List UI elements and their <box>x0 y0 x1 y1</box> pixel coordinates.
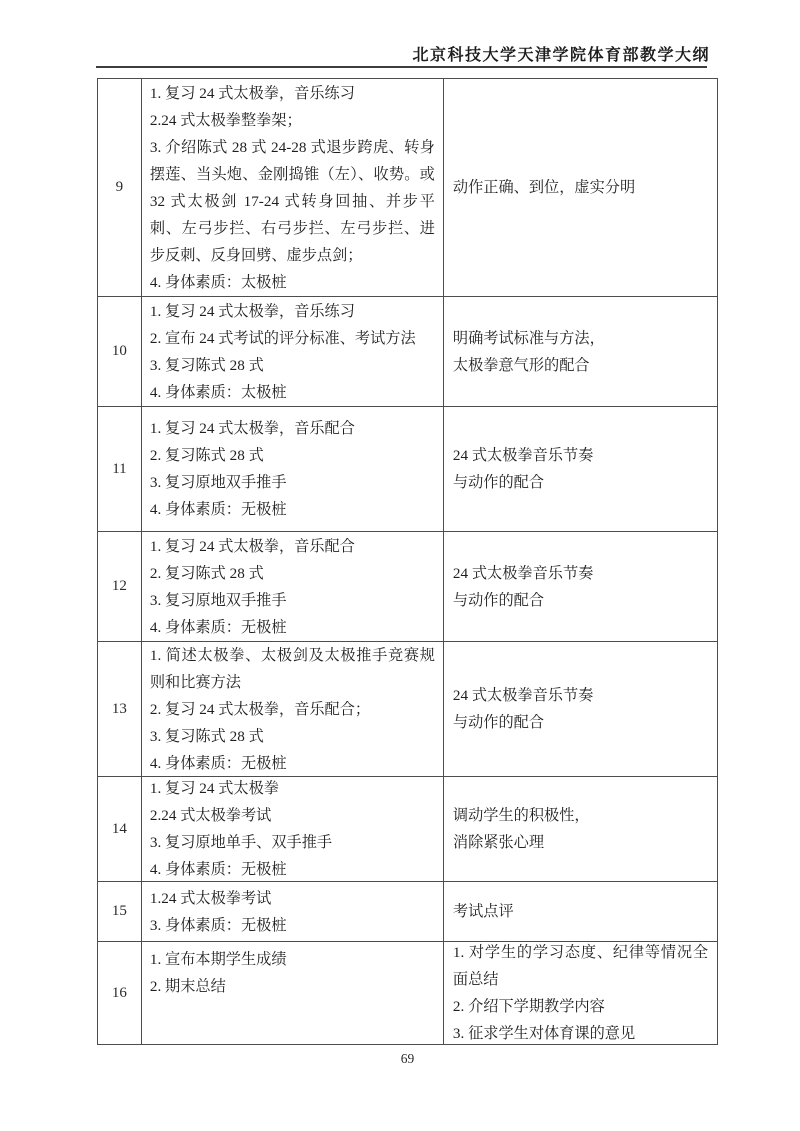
text-line: 4. 身体素质：太极桩 <box>150 269 435 296</box>
text-line: 3. 复习陈式 28 式 <box>150 723 435 750</box>
text-line: 2. 复习 24 式太极拳，音乐配合； <box>150 696 435 723</box>
row-content-cell: 1. 复习 24 式太极拳，音乐练习2.24 式太极拳整拳架；3. 介绍陈式 2… <box>141 79 443 296</box>
text-line: 与动作的配合 <box>453 469 708 496</box>
table-row-week-12: 12 1. 复习 24 式太极拳，音乐配合2. 复习陈式 28 式3. 复习原地… <box>98 531 717 641</box>
text-line: 3. 复习原地双手推手 <box>150 469 435 496</box>
text-line: 2. 复习陈式 28 式 <box>150 560 435 587</box>
row-number: 16 <box>98 942 141 1044</box>
header-rule <box>96 66 707 68</box>
row-content-cell: 1.24 式太极拳考试3. 身体素质：无极桩 <box>141 882 443 941</box>
row-notes-cell: 1. 对学生的学习态度、纪律等情况全面总结2. 介绍下学期教学内容3. 征求学生… <box>443 942 717 1044</box>
text-line: 调动学生的积极性， <box>453 802 708 829</box>
row-number: 11 <box>98 407 141 531</box>
text-line: 消除紧张心理 <box>453 829 708 856</box>
text-line: 与动作的配合 <box>453 587 708 614</box>
row-number: 15 <box>98 882 141 941</box>
text-line: 4. 身体素质：无极桩 <box>150 614 435 641</box>
syllabus-table: 9 1. 复习 24 式太极拳，音乐练习2.24 式太极拳整拳架；3. 介绍陈式… <box>97 78 718 1045</box>
text-line: 2.24 式太极拳考试 <box>150 802 435 829</box>
row-notes-cell: 24 式太极拳音乐节奏与动作的配合 <box>443 532 717 641</box>
row-number: 14 <box>98 777 141 881</box>
text-line: 24 式太极拳音乐节奏 <box>453 560 708 587</box>
table-row-week-10: 10 1. 复习 24 式太极拳，音乐练习2. 宣布 24 式考试的评分标准、考… <box>98 296 717 406</box>
row-notes-cell: 24 式太极拳音乐节奏与动作的配合 <box>443 407 717 531</box>
row-number: 12 <box>98 532 141 641</box>
table-row-week-15: 15 1.24 式太极拳考试3. 身体素质：无极桩 考试点评 <box>98 881 717 941</box>
row-content-cell: 1. 复习 24 式太极拳，音乐配合2. 复习陈式 28 式3. 复习原地双手推… <box>141 407 443 531</box>
text-line: 1. 复习 24 式太极拳 <box>150 777 435 802</box>
text-line: 3. 介绍陈式 28 式 24-28 式退步跨虎、转身摆莲、当头炮、金刚捣锥（左… <box>150 134 435 269</box>
text-line: 2. 复习陈式 28 式 <box>150 442 435 469</box>
text-line: 1. 复习 24 式太极拳，音乐练习 <box>150 80 435 107</box>
text-line: 3. 征求学生对体育课的意见 <box>453 1020 708 1044</box>
text-line: 3. 复习原地单手、双手推手 <box>150 829 435 856</box>
text-line: 1. 宣布本期学生成绩 <box>150 946 435 973</box>
row-number: 9 <box>98 79 141 296</box>
text-line: 与动作的配合 <box>453 709 708 736</box>
text-line: 2.24 式太极拳整拳架； <box>150 107 435 134</box>
text-line: 动作正确、到位，虚实分明 <box>453 174 708 201</box>
text-line: 2. 宣布 24 式考试的评分标准、考试方法 <box>150 325 435 352</box>
document-page: 北京科技大学天津学院体育部教学大纲 9 1. 复习 24 式太极拳，音乐练习2.… <box>0 0 800 1131</box>
text-line: 1. 对学生的学习态度、纪律等情况全面总结 <box>453 942 708 993</box>
table-row-week-14: 14 1. 复习 24 式太极拳2.24 式太极拳考试3. 复习原地单手、双手推… <box>98 776 717 881</box>
table-row-week-16: 16 1. 宣布本期学生成绩2. 期末总结 1. 对学生的学习态度、纪律等情况全… <box>98 941 717 1044</box>
row-notes-cell: 明确考试标准与方法，太极拳意气形的配合 <box>443 297 717 406</box>
row-content-cell: 1. 宣布本期学生成绩2. 期末总结 <box>141 942 443 1044</box>
text-line: 4. 身体素质：太极桩 <box>150 379 435 406</box>
row-content-cell: 1. 复习 24 式太极拳，音乐练习2. 宣布 24 式考试的评分标准、考试方法… <box>141 297 443 406</box>
row-content-cell: 1. 复习 24 式太极拳2.24 式太极拳考试3. 复习原地单手、双手推手4.… <box>141 777 443 881</box>
text-line: 1. 复习 24 式太极拳，音乐配合 <box>150 415 435 442</box>
text-line: 3. 身体素质：无极桩 <box>150 912 435 939</box>
text-line: 1. 简述太极拳、太极剑及太极推手竞赛规则和比赛方法 <box>150 642 435 696</box>
page-number: 69 <box>97 1051 718 1067</box>
text-line: 2. 期末总结 <box>150 973 435 1000</box>
row-notes-cell: 24 式太极拳音乐节奏与动作的配合 <box>443 642 717 776</box>
text-line: 4. 身体素质：无极桩 <box>150 750 435 777</box>
document-header-title: 北京科技大学天津学院体育部教学大纲 <box>412 47 710 65</box>
text-line: 1. 复习 24 式太极拳，音乐练习 <box>150 298 435 325</box>
text-line: 24 式太极拳音乐节奏 <box>453 442 708 469</box>
text-line: 3. 复习原地双手推手 <box>150 587 435 614</box>
text-line: 24 式太极拳音乐节奏 <box>453 682 708 709</box>
row-notes-cell: 考试点评 <box>443 882 717 941</box>
row-number: 13 <box>98 642 141 776</box>
row-notes-cell: 调动学生的积极性，消除紧张心理 <box>443 777 717 881</box>
text-line: 4. 身体素质：无极桩 <box>150 496 435 523</box>
text-line: 2. 介绍下学期教学内容 <box>453 993 708 1020</box>
text-line: 1.24 式太极拳考试 <box>150 885 435 912</box>
table-row-week-13: 13 1. 简述太极拳、太极剑及太极推手竞赛规则和比赛方法2. 复习 24 式太… <box>98 641 717 776</box>
text-line: 3. 复习陈式 28 式 <box>150 352 435 379</box>
text-line: 太极拳意气形的配合 <box>453 352 708 379</box>
text-line: 4. 身体素质：无极桩 <box>150 856 435 881</box>
row-content-cell: 1. 简述太极拳、太极剑及太极推手竞赛规则和比赛方法2. 复习 24 式太极拳，… <box>141 642 443 776</box>
row-notes-cell: 动作正确、到位，虚实分明 <box>443 79 717 296</box>
text-line: 明确考试标准与方法， <box>453 325 708 352</box>
table-row-week-9: 9 1. 复习 24 式太极拳，音乐练习2.24 式太极拳整拳架；3. 介绍陈式… <box>98 79 717 296</box>
text-line: 考试点评 <box>453 898 708 925</box>
table-row-week-11: 11 1. 复习 24 式太极拳，音乐配合2. 复习陈式 28 式3. 复习原地… <box>98 406 717 531</box>
row-number: 10 <box>98 297 141 406</box>
row-content-cell: 1. 复习 24 式太极拳，音乐配合2. 复习陈式 28 式3. 复习原地双手推… <box>141 532 443 641</box>
text-line: 1. 复习 24 式太极拳，音乐配合 <box>150 533 435 560</box>
